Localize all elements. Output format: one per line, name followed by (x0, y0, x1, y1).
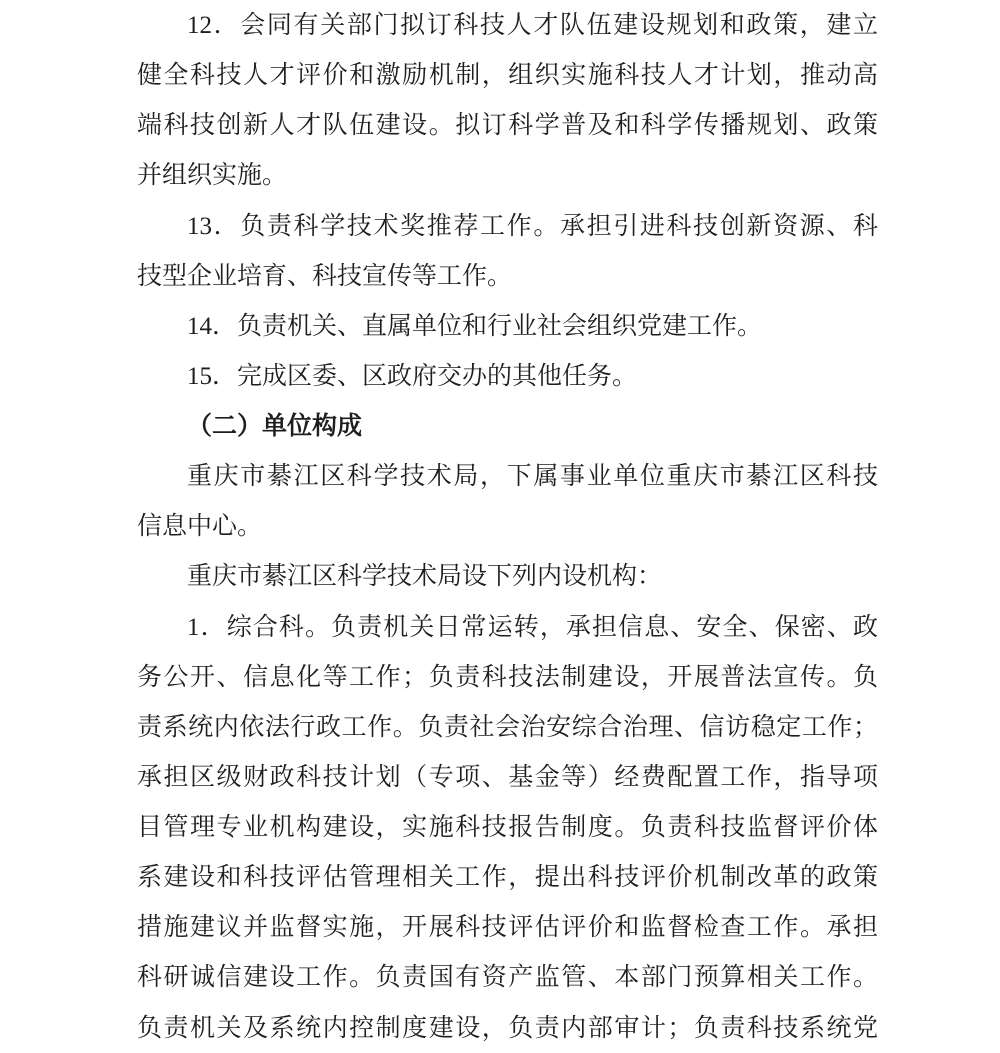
text-line: 措施建议并监督实施，开展科技评估评价和监督检查工作。承担 (137, 903, 878, 953)
text-line: 信息中心。 (137, 502, 878, 552)
document-body: 12．会同有关部门拟订科技人才队伍建设规划和政策，建立健全科技人才评价和激励机制… (137, 1, 878, 1053)
text-line: 科研诚信建设工作。负责国有资产监管、本部门预算相关工作。 (137, 953, 878, 1003)
text-line: 重庆市綦江区科学技术局设下列内设机构： (137, 552, 878, 602)
document-page: 12．会同有关部门拟订科技人才队伍建设规划和政策，建立健全科技人才评价和激励机制… (0, 0, 1000, 1053)
text-line: 负责机关及系统内控制度建设，负责内部审计；负责科技系统党 (137, 1004, 878, 1053)
text-line: 重庆市綦江区科学技术局，下属事业单位重庆市綦江区科技 (137, 452, 878, 502)
text-line: 13．负责科学技术奖推荐工作。承担引进科技创新资源、科 (137, 202, 878, 252)
text-line: 技型企业培育、科技宣传等工作。 (137, 252, 878, 302)
text-line: 14．负责机关、直属单位和行业社会组织党建工作。 (137, 302, 878, 352)
text-line: 务公开、信息化等工作；负责科技法制建设，开展普法宣传。负 (137, 653, 878, 703)
text-line: 1．综合科。负责机关日常运转，承担信息、安全、保密、政 (137, 603, 878, 653)
text-line: 目管理专业机构建设，实施科技报告制度。负责科技监督评价体 (137, 803, 878, 853)
section-heading: （二）单位构成 (137, 402, 878, 452)
text-line: 并组织实施。 (137, 151, 878, 201)
text-line: 12．会同有关部门拟订科技人才队伍建设规划和政策，建立 (137, 1, 878, 51)
text-line: 健全科技人才评价和激励机制，组织实施科技人才计划，推动高 (137, 51, 878, 101)
text-line: 15．完成区委、区政府交办的其他任务。 (137, 352, 878, 402)
text-line: 承担区级财政科技计划（专项、基金等）经费配置工作，指导项 (137, 753, 878, 803)
text-line: 端科技创新人才队伍建设。拟订科学普及和科学传播规划、政策 (137, 101, 878, 151)
text-line: 责系统内依法行政工作。负责社会治安综合治理、信访稳定工作； (137, 703, 878, 753)
text-line: 系建设和科技评估管理相关工作，提出科技评价机制改革的政策 (137, 853, 878, 903)
